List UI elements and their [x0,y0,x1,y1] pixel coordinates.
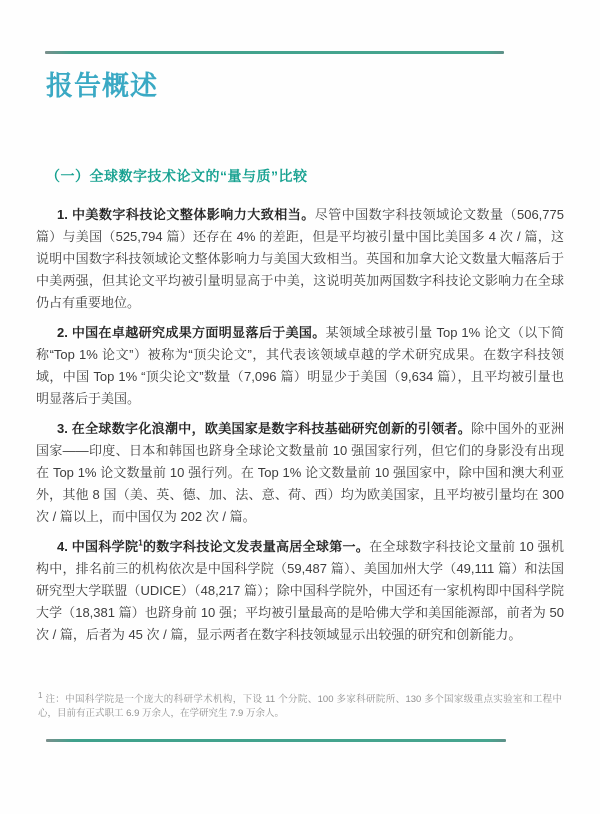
top-divider [45,51,504,54]
paragraph-1-lead: 1. 中美数字科技论文整体影响力大致相当。 [57,207,315,222]
bottom-divider [46,739,506,742]
section-heading: （一）全球数字技术论文的“量与质”比较 [46,166,308,186]
body-text: 1. 中美数字科技论文整体影响力大致相当。尽管中国数字科技领域论文数量（506,… [36,204,564,654]
paragraph-2: 2. 中国在卓越研究成果方面明显落后于美国。某领域全球被引量 Top 1% 论文… [36,322,564,410]
paragraph-2-lead: 2. 中国在卓越研究成果方面明显落后于美国。 [57,325,326,340]
footnote-text: 注：中国科学院是一个庞大的科研学术机构，下设 11 个分院、100 多家科研院所… [38,694,562,719]
paragraph-4-lead-post: 的数字科技论文发表量高居全球第一。 [143,539,369,554]
footnote: 1 注：中国科学院是一个庞大的科研学术机构，下设 11 个分院、100 多家科研… [38,693,562,721]
paragraph-3-body: 除中国外的亚洲国家——印度、日本和韩国也跻身全球论文数量前 10 强国家行列，但… [36,421,564,524]
paragraph-3-lead: 3. 在全球数字化浪潮中，欧美国家是数字科技基础研究创新的引领者。 [57,421,471,436]
paragraph-4-lead: 4. 中国科学院1的数字科技论文发表量高居全球第一。 [57,539,369,554]
page-title: 报告概述 [46,64,158,103]
paragraph-1-body: 尽管中国数字科技领域论文数量（506,775 篇）与美国（525,794 篇）还… [36,207,564,310]
paragraph-4-body: 在全球数字科技论文量前 10 强机构中，排名前三的机构依次是中国科学院（59,4… [36,539,564,642]
paragraph-4: 4. 中国科学院1的数字科技论文发表量高居全球第一。在全球数字科技论文量前 10… [36,536,564,646]
paragraph-1: 1. 中美数字科技论文整体影响力大致相当。尽管中国数字科技领域论文数量（506,… [36,204,564,314]
paragraph-4-lead-pre: 4. 中国科学院 [57,539,138,554]
report-page: 报告概述 （一）全球数字技术论文的“量与质”比较 1. 中美数字科技论文整体影响… [0,0,600,814]
paragraph-3: 3. 在全球数字化浪潮中，欧美国家是数字科技基础研究创新的引领者。除中国外的亚洲… [36,418,564,528]
